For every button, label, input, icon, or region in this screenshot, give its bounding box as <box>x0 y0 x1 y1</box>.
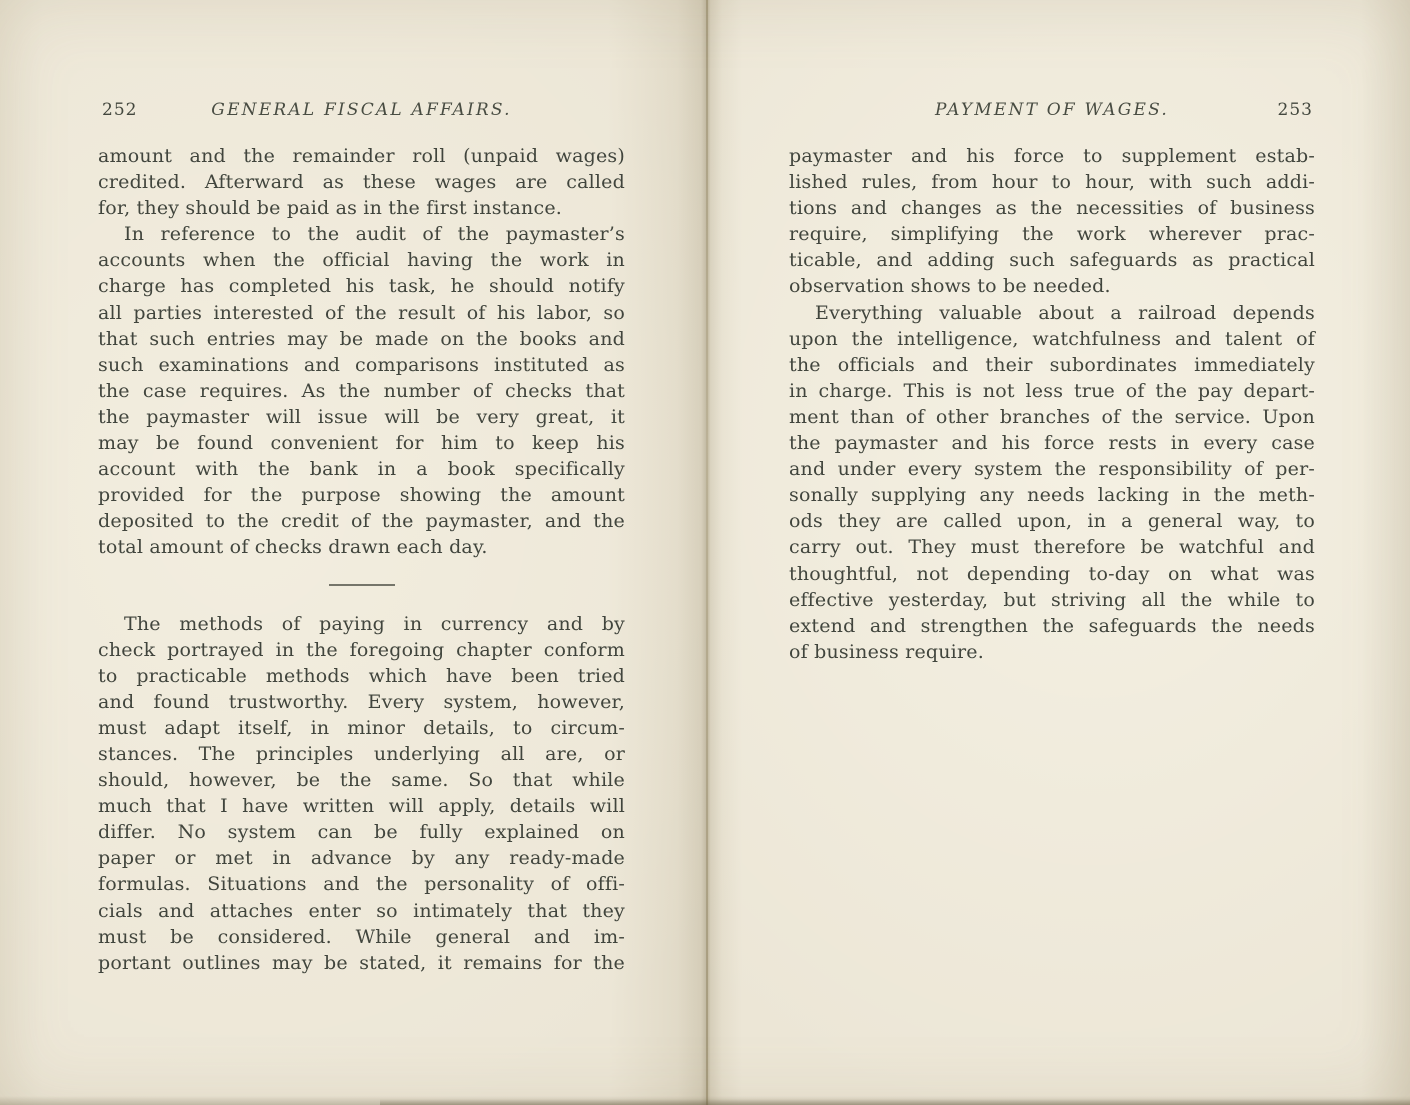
text-line: in charge. This is not less true of the … <box>789 378 1315 404</box>
text-line: The methods of paying in currency and by <box>98 611 625 637</box>
text-line: the case requires. As the number of chec… <box>98 378 625 404</box>
text-line: of business require. <box>789 639 1315 665</box>
text-line: must be considered. While general and im… <box>98 924 625 950</box>
right-page-body: paymaster and his force to supplement es… <box>789 143 1315 665</box>
text-line: all parties interested of the result of … <box>98 300 625 326</box>
text-line: provided for the purpose showing the amo… <box>98 482 625 508</box>
text-line: require, simplifying the work wherever p… <box>789 221 1315 247</box>
text-line: to practicable methods which have been t… <box>98 663 625 689</box>
text-line: lished rules, from hour to hour, with su… <box>789 169 1315 195</box>
text-line: the paymaster and his force rests in eve… <box>789 430 1315 456</box>
text-line: paper or met in advance by any ready-mad… <box>98 845 625 871</box>
text-line: check portrayed in the foregoing chapter… <box>98 637 625 663</box>
text-line: extend and strengthen the safeguards the… <box>789 613 1315 639</box>
text-line: cials and attaches enter so intimately t… <box>98 898 625 924</box>
text-line: formulas. Situations and the personality… <box>98 871 625 897</box>
text-line: ods they are called upon, in a general w… <box>789 508 1315 534</box>
right-running-head-title: PAYMENT OF WAGES. <box>789 100 1315 120</box>
book-spread: 252 GENERAL FISCAL AFFAIRS. amount and t… <box>0 0 1410 1105</box>
text-line: charge has completed his task, he should… <box>98 273 625 299</box>
left-page-body: amount and the remainder roll (unpaid wa… <box>98 143 625 976</box>
text-line: carry out. They must therefore be watchf… <box>789 534 1315 560</box>
text-line: deposited to the credit of the paymaster… <box>98 508 625 534</box>
text-line: credited. Afterward as these wages are c… <box>98 169 625 195</box>
text-line: account with the bank in a book specific… <box>98 456 625 482</box>
right-page-number: 253 <box>1278 100 1313 120</box>
text-line: and under every system the responsibilit… <box>789 456 1315 482</box>
left-running-head-title: GENERAL FISCAL AFFAIRS. <box>98 100 625 120</box>
text-line: that such entries may be made on the boo… <box>98 326 625 352</box>
text-line: much that I have written will apply, det… <box>98 793 625 819</box>
right-page: PAYMENT OF WAGES. 253 paymaster and his … <box>789 100 1315 665</box>
text-line: effective yesterday, but striving all th… <box>789 587 1315 613</box>
text-line: accounts when the official having the wo… <box>98 247 625 273</box>
text-line: differ. No system can be fully explained… <box>98 819 625 845</box>
text-line: amount and the remainder roll (unpaid wa… <box>98 143 625 169</box>
bottom-right-page-edge-shadow <box>380 1099 1410 1105</box>
text-line: may be found convenient for him to keep … <box>98 430 625 456</box>
gutter-shadow <box>677 0 737 1105</box>
gutter-fold-line <box>706 0 708 1105</box>
left-running-head: 252 GENERAL FISCAL AFFAIRS. <box>98 100 625 143</box>
section-divider <box>329 584 395 586</box>
bottom-page-edge-shadow <box>0 1096 1410 1105</box>
left-page: 252 GENERAL FISCAL AFFAIRS. amount and t… <box>98 100 625 976</box>
text-line: such examinations and comparisons instit… <box>98 352 625 378</box>
text-line: should, however, be the same. So that wh… <box>98 767 625 793</box>
text-line: observation shows to be needed. <box>789 273 1315 299</box>
text-line: Everything valuable about a railroad dep… <box>789 300 1315 326</box>
text-line: stances. The principles underlying all a… <box>98 741 625 767</box>
text-line: for, they should be paid as in the first… <box>98 195 625 221</box>
text-line: tions and changes as the necessities of … <box>789 195 1315 221</box>
text-line: total amount of checks drawn each day. <box>98 534 625 560</box>
text-line: must adapt itself, in minor details, to … <box>98 715 625 741</box>
text-line: ticable, and adding such safeguards as p… <box>789 247 1315 273</box>
text-line: the officials and their subordinates imm… <box>789 352 1315 378</box>
text-line: and found trustworthy. Every system, how… <box>98 689 625 715</box>
text-line: sonally supplying any needs lacking in t… <box>789 482 1315 508</box>
text-line: ment than of other branches of the servi… <box>789 404 1315 430</box>
text-line: paymaster and his force to supplement es… <box>789 143 1315 169</box>
left-page-number: 252 <box>102 100 137 120</box>
text-line: In reference to the audit of the paymast… <box>98 221 625 247</box>
right-running-head: PAYMENT OF WAGES. 253 <box>789 100 1315 143</box>
text-line: upon the intelligence, watchfulness and … <box>789 326 1315 352</box>
text-line: the paymaster will issue will be very gr… <box>98 404 625 430</box>
text-line: portant outlines may be stated, it remai… <box>98 950 625 976</box>
text-line: thoughtful, not depending to-day on what… <box>789 561 1315 587</box>
